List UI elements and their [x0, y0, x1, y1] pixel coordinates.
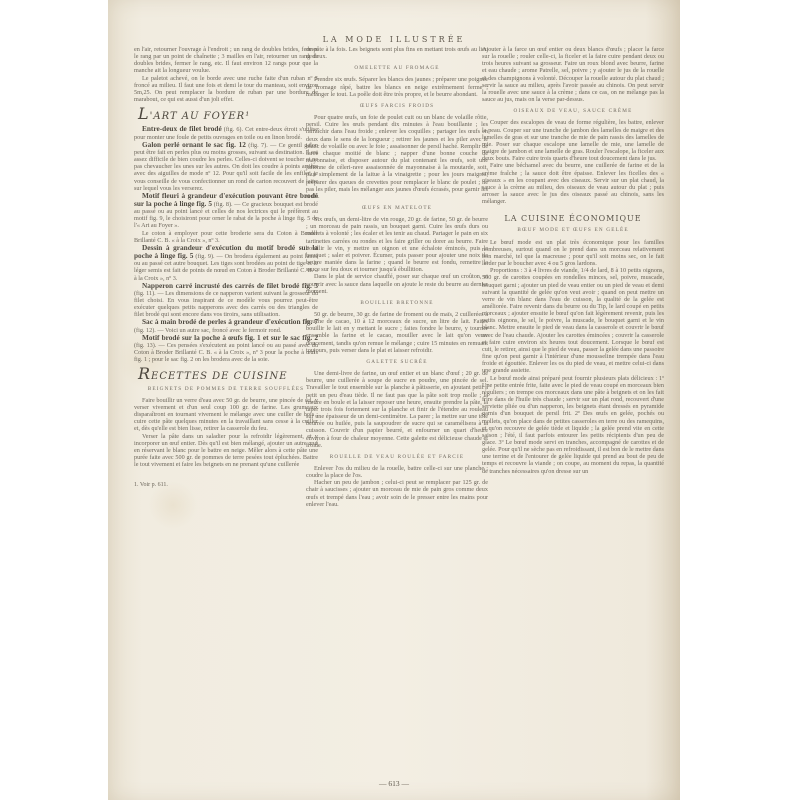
article-item: Sac à main brodé de perles à grandeur d'… — [134, 318, 318, 333]
article-item: Entre-deux de filet brodé (fig. 6). Cet … — [134, 125, 318, 140]
paragraph: Proportions : 3 à 4 livres de viande, 1/… — [482, 267, 664, 374]
paragraph: Le bœuf mode est un plat très économique… — [482, 239, 664, 268]
magazine-page: LA MODE ILLUSTRÉE en l'air, retourner l'… — [108, 0, 680, 800]
column-3: Ajouter à la farce un œuf entier ou deux… — [482, 46, 664, 475]
article-item: Galon perlé ornant le sac fig. 12 (fig. … — [134, 141, 318, 192]
footnote: 1. Voir p. 611. — [134, 482, 318, 489]
page-number: — 613 — — [108, 779, 680, 788]
recipe-title: OISEAUX DE VEAU, SAUCE CRÈME — [482, 108, 664, 115]
paragraph: Dans le plat de service chauffé, poser s… — [306, 273, 488, 294]
paragraph: Une demi-livre de farine, un œuf entier … — [306, 370, 488, 449]
paragraph: Enlever l'os du milieu de la rouelle, ba… — [306, 465, 488, 479]
recipe-title: ROUELLE DE VEAU ROULÉE ET FARCIE — [306, 454, 488, 461]
article-item: Le coton à employer pour cette broderie … — [134, 230, 318, 244]
paragraph: Pour quatre œufs, un foie de poulet cuit… — [306, 114, 488, 200]
recipe-title: BOUILLIE BRETONNE — [306, 300, 488, 307]
paragraph: Faire une béchamel avec du beurre, une c… — [482, 162, 664, 205]
paragraph: Verser la pâte dans un saladier pour la … — [134, 433, 318, 469]
paragraph: Le paletot achevé, on le borde avec une … — [134, 75, 318, 104]
column-2: de pâte à la fois. Les beignets sont plu… — [306, 46, 488, 508]
article-item: Dessin à grandeur d'exécution du motif b… — [134, 244, 318, 282]
article-item: Motif fleuri à grandeur d'exécution pouv… — [134, 192, 318, 230]
paragraph: Prendre six œufs. Séparer les blancs des… — [306, 76, 488, 97]
paragraph: Faire bouillir un verre d'eau avec 50 gr… — [134, 397, 318, 433]
paragraph: Hacher un peu de jambon ; celui-ci peut … — [306, 479, 488, 508]
section-title-recettes-de-cuisine: RECETTES DE CUISINE — [138, 370, 318, 380]
article-item: Napperon carré incrusté des carrés de fi… — [134, 282, 318, 319]
running-title: LA MODE ILLUSTRÉE — [108, 35, 680, 44]
paragraph: en l'air, retourner l'ouvrage à l'endroi… — [134, 46, 318, 75]
paragraph: Ajouter à la farce un œuf entier ou deux… — [482, 46, 664, 103]
paragraph: 50 gr. de beurre, 30 gr. de farine de fr… — [306, 311, 488, 354]
recipe-title: ŒUFS FARCIS FROIDS — [306, 103, 488, 110]
recipe-title: BEIGNETS DE POMMES DE TERRE SOUFFLÉES — [134, 386, 318, 393]
recipe-title: BŒUF MODE ET ŒUFS EN GELÉE — [482, 227, 664, 234]
paragraph: Six œufs, un demi-litre de vin rouge, 20… — [306, 216, 488, 273]
section-title-art-au-foyer: L'ART AU FOYER¹ — [138, 110, 318, 120]
section-title-cuisine-economique: LA CUISINE ÉCONOMIQUE — [482, 215, 664, 222]
paragraph: de pâte à la fois. Les beignets sont plu… — [306, 46, 488, 60]
article-item: Motif brodé sur la poche à œufs fig. 1 e… — [134, 334, 318, 364]
recipe-title: GALETTE SUCRÉE — [306, 359, 488, 366]
paragraph: Couper des escalopes de veau de forme ré… — [482, 119, 664, 162]
column-1: en l'air, retourner l'ouvrage à l'endroi… — [134, 46, 318, 489]
recipe-title: ŒUFS EN MATELOTE — [306, 205, 488, 212]
paragraph: Le bœuf mode ainsi préparé peut fournir … — [482, 375, 664, 475]
recipe-title: OMELETTE AU FROMAGE — [306, 65, 488, 72]
